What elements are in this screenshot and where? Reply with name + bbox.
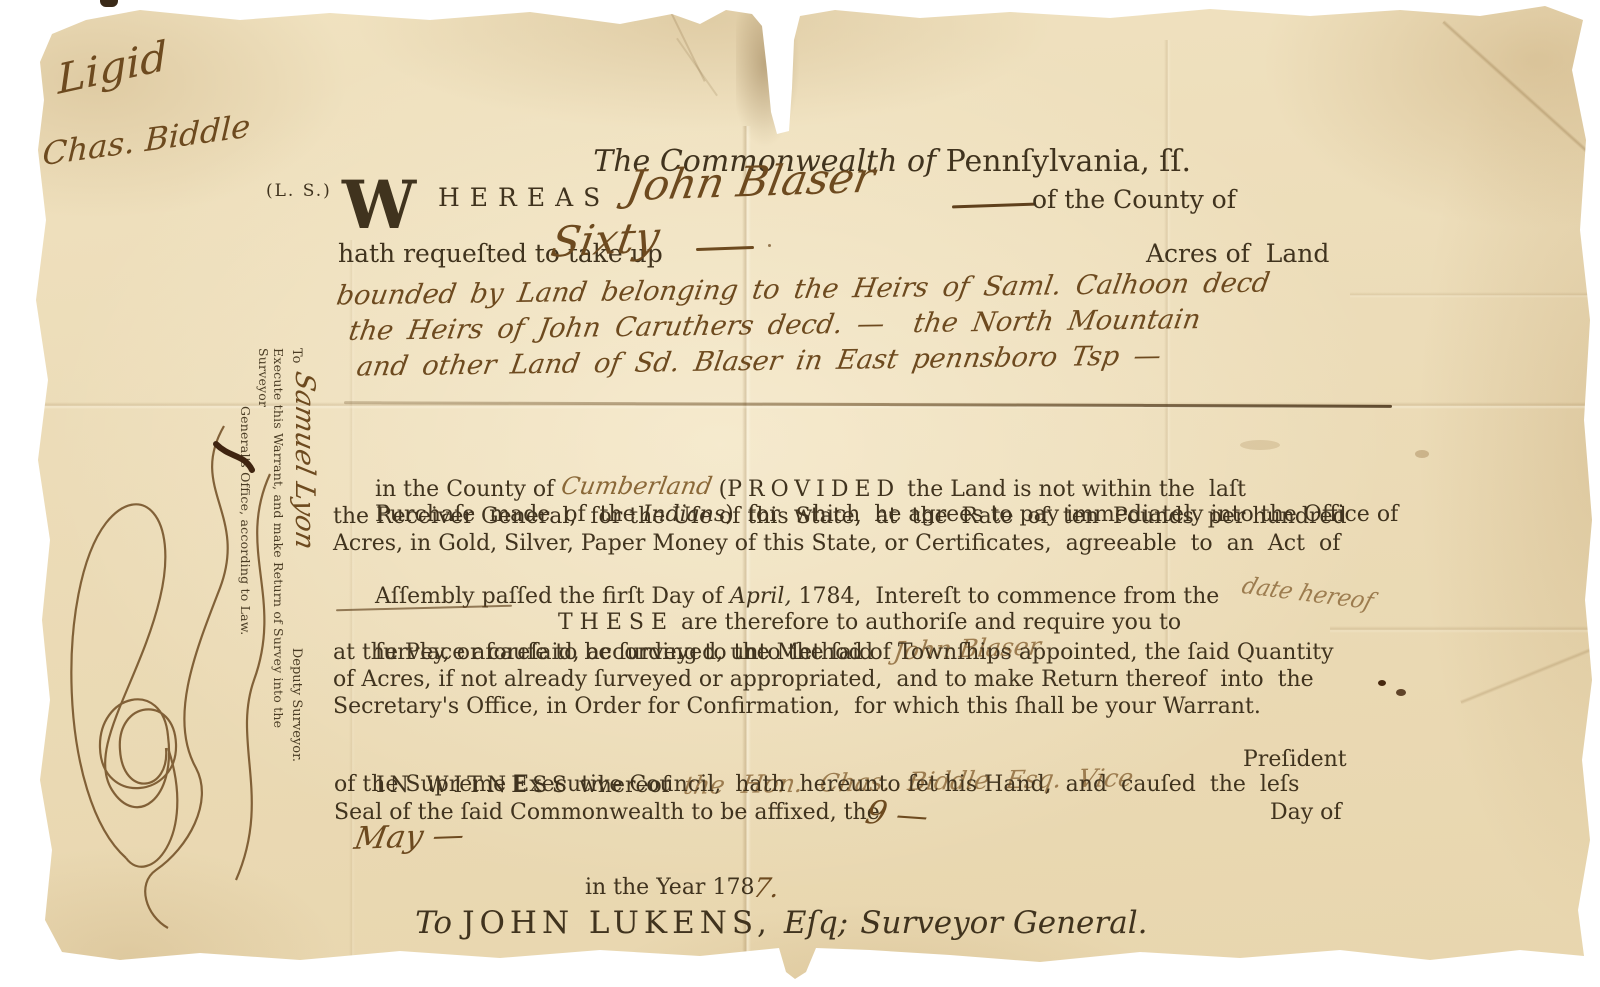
fold-crease-diagonal-bottom-right	[1460, 644, 1600, 705]
margin-to: To	[289, 348, 304, 364]
ink-blob-stroke	[216, 444, 252, 470]
paper-sheet: Ligid Chas. Biddle The Commonwealth of P…	[0, 0, 1600, 987]
grantee-signature: John Blaser	[623, 154, 879, 211]
edge-speck	[100, 0, 118, 7]
flourish-big-loop	[71, 504, 169, 858]
scanned-document-page: Ligid Chas. Biddle The Commonwealth of P…	[0, 0, 1600, 987]
quantity-handwritten: Sixty	[548, 213, 663, 267]
handwritten-boundary-line-3: and other Land of Sd. Blaser in East pen…	[355, 340, 1164, 382]
whereas-dropcap: W	[342, 168, 416, 244]
body-line-4: Acres, in Gold, Silver, Paper Money of t…	[333, 531, 1340, 556]
signature-scrawl-1	[145, 426, 228, 928]
month-handwritten: May —	[351, 818, 467, 857]
faint-stain	[1240, 440, 1280, 450]
body-line-3: the Receiver General, for the Uſe of thi…	[333, 504, 1347, 529]
address-name: JOHN LUKENS,	[462, 905, 772, 941]
president-label: Preſident	[1243, 747, 1347, 772]
docket-word: Ligid	[56, 32, 169, 103]
flourish-loops-svg	[28, 418, 298, 948]
witness-line-2: of the Supreme Executive Council, hath h…	[334, 772, 1299, 797]
day-handwritten: 9 —	[862, 794, 933, 835]
faint-stain	[1415, 450, 1429, 458]
county-intro: of the County of	[1032, 186, 1236, 215]
whereas-rest: HEREAS	[438, 184, 610, 213]
fold-crease-diagonal-top-right	[1442, 20, 1594, 158]
body-line-9: of Acres, if not already ſurveyed or app…	[333, 667, 1314, 692]
address-title: Surveyor General.	[860, 905, 1147, 941]
ink-stain-dot-2	[1396, 689, 1406, 696]
body-line-8: at the Place aforeſaid, according to the…	[333, 640, 1334, 665]
address-esq: Eſq;	[784, 905, 848, 941]
title-roman-part: Pennſylvania, ſſ.	[946, 144, 1191, 179]
flourish-ovals	[100, 699, 176, 788]
ink-stain-dot-1	[1378, 680, 1386, 686]
date-hereof-handwritten: date hereof	[1239, 573, 1377, 616]
wrinkle-line	[676, 38, 718, 96]
biddle-docket-signature: Chas. Biddle	[42, 108, 251, 173]
seal-mark: (L. S.)	[266, 182, 332, 202]
signature-scrawl-2	[236, 474, 270, 880]
body-line-10: Secretary's Office, in Order for Confirm…	[333, 694, 1261, 719]
ink-dot	[768, 244, 771, 247]
handwritten-boundary-line-2: the Heirs of John Caruthers decd. — the …	[346, 304, 1202, 347]
surveyor-address: ToJOHN LUKENS,Eſq;Surveyor General.	[356, 870, 1147, 977]
fold-crease-horizontal-right-upper	[1350, 292, 1590, 298]
day-of-label: Day of	[1270, 800, 1342, 825]
address-to: To	[415, 905, 452, 941]
acres-label: Acres of Land	[1146, 240, 1329, 269]
